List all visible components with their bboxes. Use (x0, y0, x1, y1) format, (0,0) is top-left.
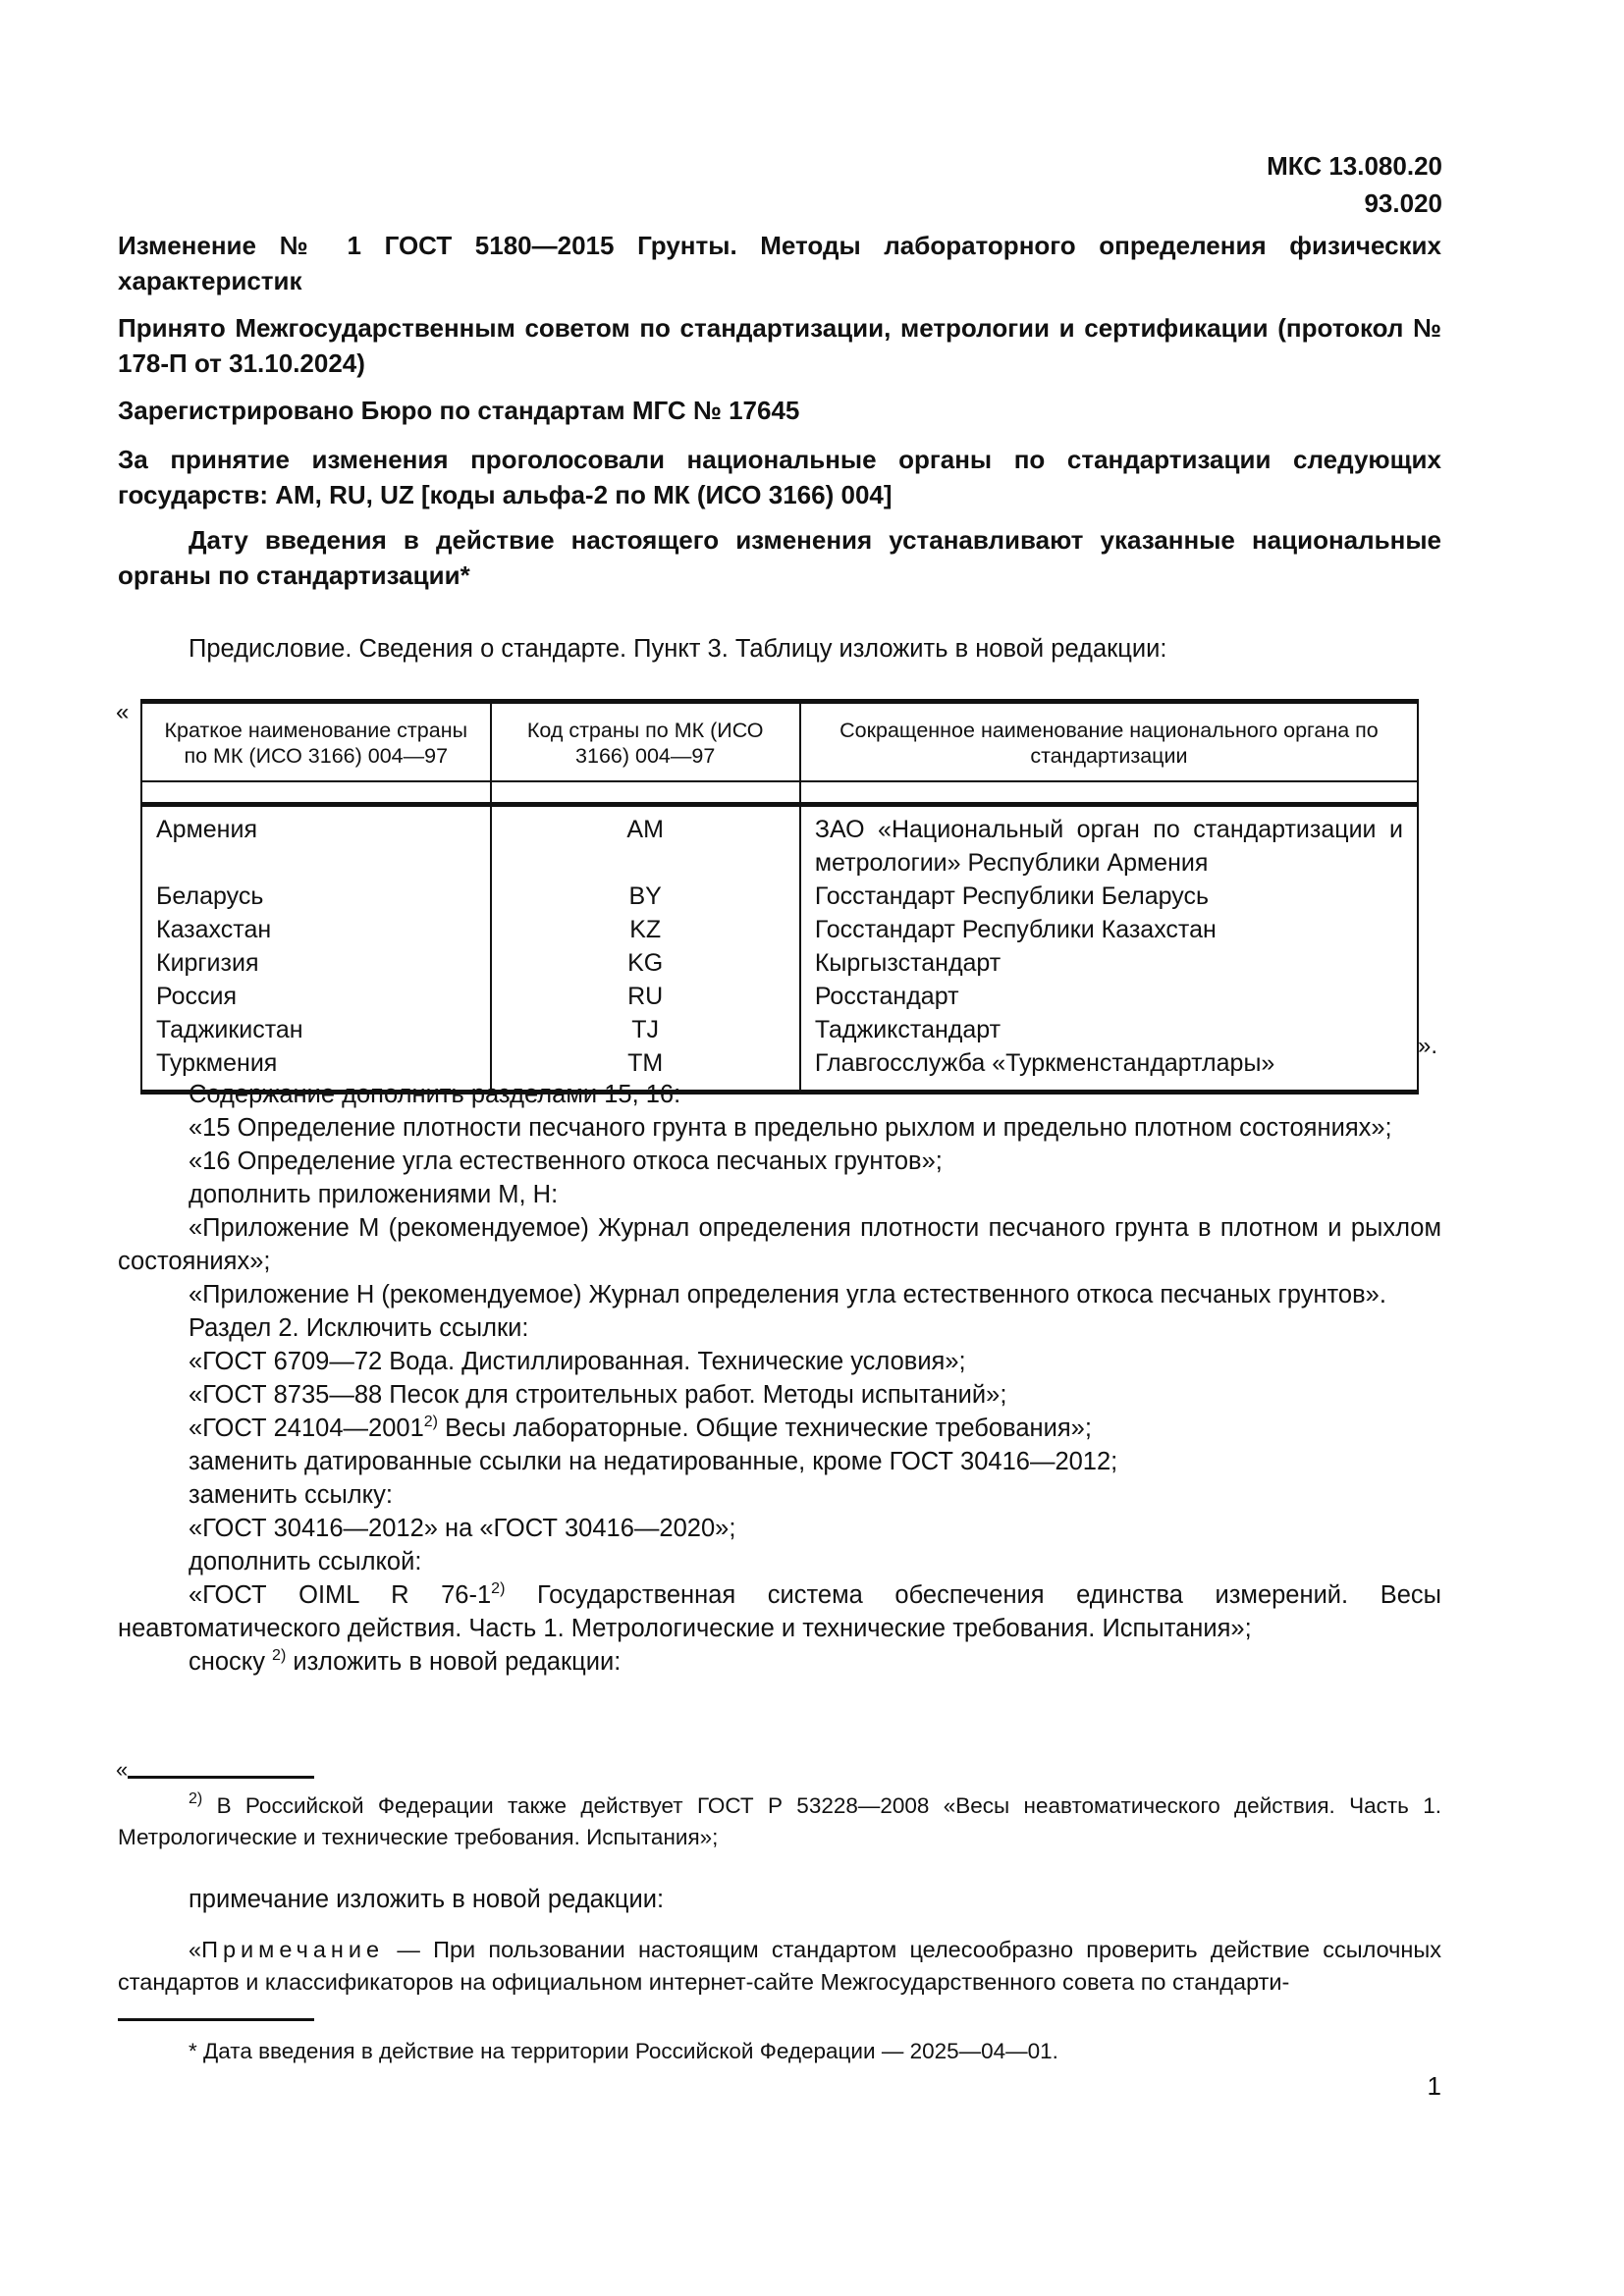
voting-statement: За принятие изменения проголосовали наци… (118, 442, 1441, 512)
national-body-cell: Госстандарт Республики Казахстан (800, 913, 1418, 946)
header-country-code: Код страны по МК (ИСО 3166) 004—97 (491, 702, 800, 782)
document-page: МКС 13.080.20 93.020 Изменение № 1 ГОСТ … (0, 0, 1624, 2296)
table-row: КиргизияKGКыргызстандарт (141, 946, 1418, 980)
registration-statement: Зарегистрировано Бюро по стандартам МГС … (118, 393, 1441, 428)
table-row: АрменияAMЗАО «Национальный орган по стан… (141, 805, 1418, 881)
paragraph: сноску 2) изложить в новой редакции: (118, 1645, 1441, 1679)
country-cell: Армения (141, 805, 491, 881)
paragraph: «ГОСТ OIML R 76-12) Государственная сист… (118, 1578, 1441, 1645)
page-number: 1 (1428, 2071, 1441, 2102)
paragraph: «ГОСТ 30416—2012» на «ГОСТ 30416—2020»; (118, 1512, 1441, 1545)
footnote-ref: 2) (491, 1580, 505, 1597)
footnote-separator (128, 1776, 314, 1779)
code-cell: KZ (491, 913, 800, 946)
table-row: РоссияRUРосстандарт (141, 980, 1418, 1013)
paragraph: Содержание дополнить разделами 15, 16: (118, 1078, 1441, 1111)
amendment-body: Содержание дополнить разделами 15, 16: «… (118, 1078, 1441, 1679)
document-title: Изменение № 1 ГОСТ 5180—2015 Грунты. Мет… (118, 228, 1441, 298)
page-footnote: * Дата введения в действие на территории… (118, 2036, 1441, 2067)
effective-date-statement: Дату введения в действие настоящего изме… (118, 522, 1441, 593)
table-row: БеларусьBYГосстандарт Республики Беларус… (141, 880, 1418, 913)
paragraph: «ГОСТ 6709—72 Вода. Дистиллированная. Те… (118, 1345, 1441, 1378)
paragraph: «Приложение Н (рекомендуемое) Журнал опр… (118, 1278, 1441, 1311)
paragraph: заменить ссылку: (118, 1478, 1441, 1512)
mks-codes: МКС 13.080.20 93.020 (1267, 147, 1442, 222)
paragraph: «ГОСТ 24104—20012) Весы лабораторные. Об… (118, 1412, 1441, 1445)
mks-code-1: МКС 13.080.20 (1267, 147, 1442, 185)
paragraph: дополнить приложениями М, Н: (118, 1178, 1441, 1211)
footnote-ref: 2) (272, 1647, 286, 1664)
table-header-row: Краткое наименование страны по МК (ИСО 3… (141, 702, 1418, 782)
country-cell: Таджикистан (141, 1013, 491, 1046)
country-cell: Казахстан (141, 913, 491, 946)
new-footnote-open-quote: « (116, 1757, 128, 1783)
paragraph: «Приложение М (рекомендуемое) Журнал опр… (118, 1211, 1441, 1278)
paragraph: заменить датированные ссылки на недатиро… (118, 1445, 1441, 1478)
code-cell: BY (491, 880, 800, 913)
table-close-quote: ». (1418, 1033, 1437, 1060)
country-cell: Беларусь (141, 880, 491, 913)
code-cell: TJ (491, 1013, 800, 1046)
header-national-body: Сокращенное наименование национального о… (800, 702, 1418, 782)
preface-instruction: Предисловие. Сведения о стандарте. Пункт… (118, 632, 1441, 666)
new-footnote-text: 2) В Российской Федерации также действуе… (118, 1790, 1441, 1853)
code-cell: AM (491, 805, 800, 881)
paragraph: «ГОСТ 8735—88 Песок для строительных раб… (118, 1378, 1441, 1412)
table-row: КазахстанKZГосстандарт Республики Казахс… (141, 913, 1418, 946)
footnote-ref: 2) (424, 1414, 438, 1430)
country-cell: Россия (141, 980, 491, 1013)
paragraph: дополнить ссылкой: (118, 1545, 1441, 1578)
national-body-cell: Кыргызстандарт (800, 946, 1418, 980)
header-country-name: Краткое наименование страны по МК (ИСО 3… (141, 702, 491, 782)
national-body-cell: Росстандарт (800, 980, 1418, 1013)
table-row: ТаджикистанTJТаджикстандарт (141, 1013, 1418, 1046)
adopted-statement: Принято Межгосударственным советом по ст… (118, 310, 1441, 381)
paragraph: Раздел 2. Исключить ссылки: (118, 1311, 1441, 1345)
national-body-cell: ЗАО «Национальный орган по стандартизаци… (800, 805, 1418, 881)
code-cell: RU (491, 980, 800, 1013)
code-cell: KG (491, 946, 800, 980)
national-body-cell: Госстандарт Республики Беларусь (800, 880, 1418, 913)
mks-code-2: 93.020 (1267, 185, 1442, 222)
paragraph: «15 Определение плотности песчаного грун… (118, 1111, 1441, 1145)
national-bodies-table: Краткое наименование страны по МК (ИСО 3… (140, 699, 1419, 1095)
note-instruction: примечание изложить в новой редакции: (118, 1883, 1441, 1916)
table-open-quote: « (116, 699, 129, 726)
country-cell: Киргизия (141, 946, 491, 980)
page-footnote-separator (118, 2018, 314, 2021)
note-text: «Примечание — При пользовании настоящим … (118, 1934, 1441, 1999)
national-body-cell: Таджикстандарт (800, 1013, 1418, 1046)
paragraph: «16 Определение угла естественного откос… (118, 1145, 1441, 1178)
